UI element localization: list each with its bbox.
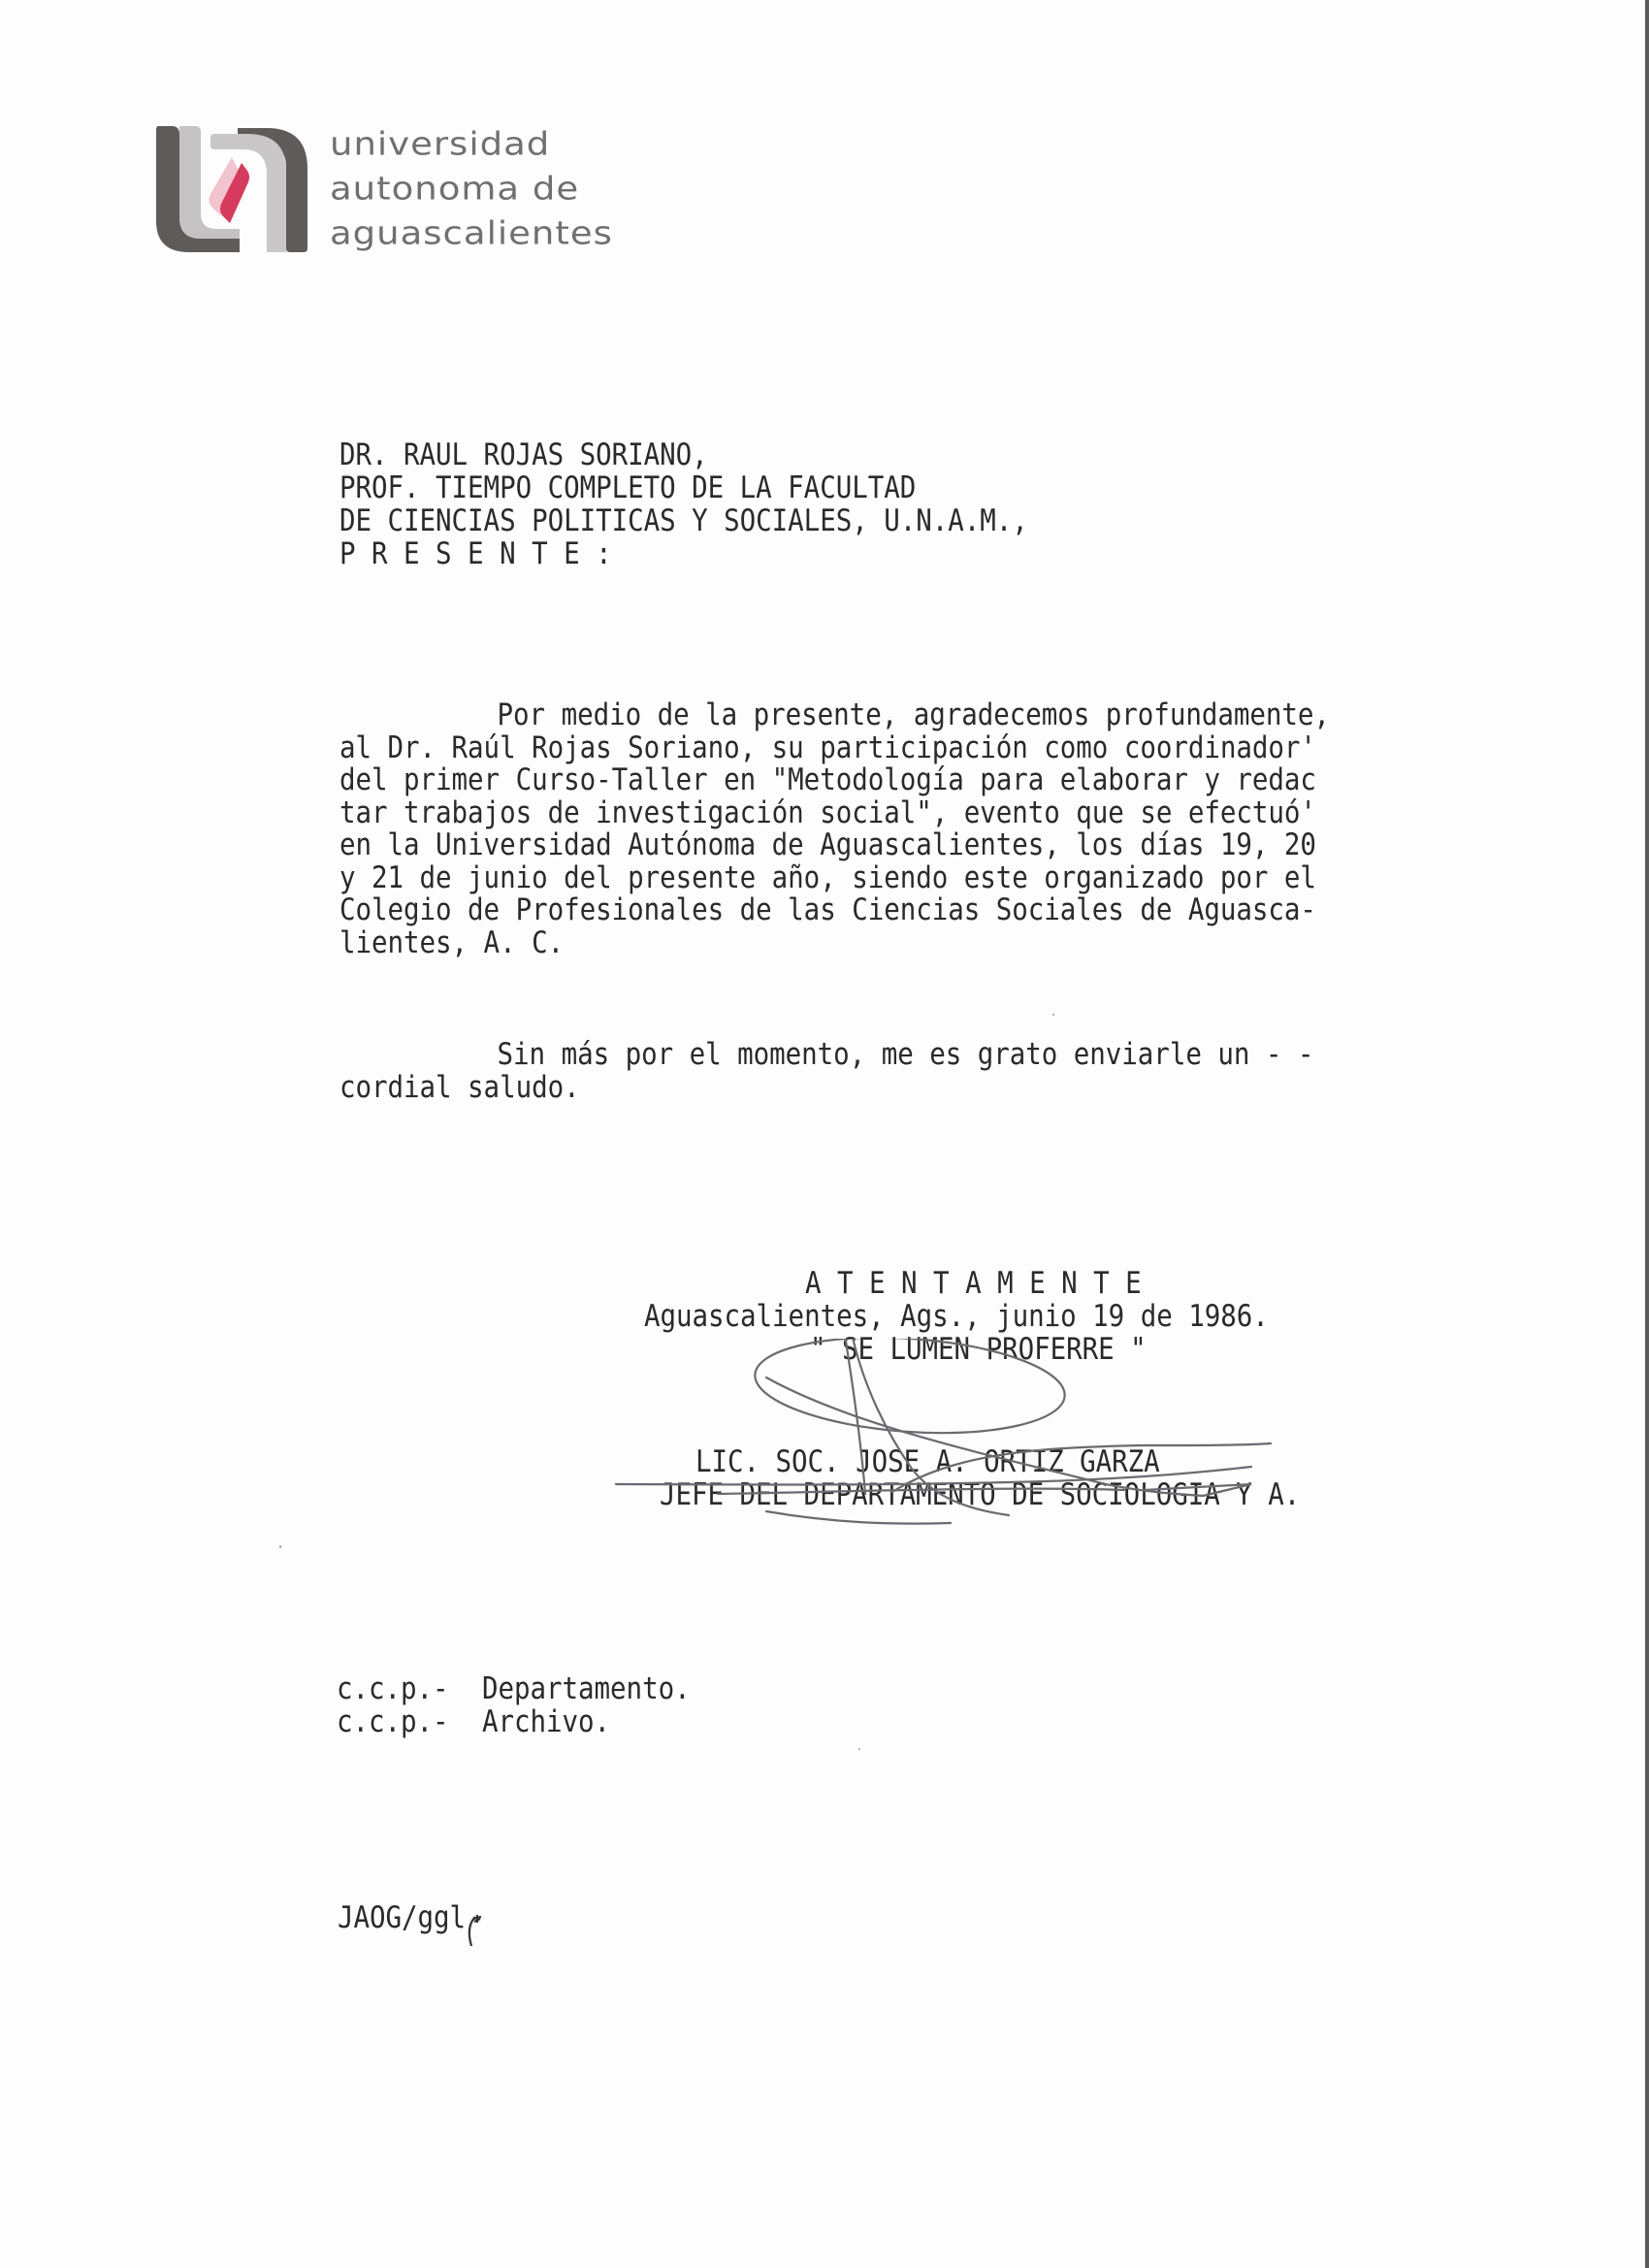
body-line: Sin más por el momento, me es grato envi… bbox=[385, 1036, 1313, 1073]
scan-speck bbox=[279, 1545, 281, 1548]
closing-place-date: Aguascalientes, Ags., junio 19 de 1986. bbox=[644, 1298, 1269, 1335]
scan-edge bbox=[1645, 0, 1649, 2268]
signer-name: LIC. SOC. JOSE A. ORTIZ GARZA bbox=[695, 1443, 1160, 1480]
copy-prefix: c.c.p.- bbox=[337, 1670, 449, 1707]
closing-salutation: A T E N T A M E N T E bbox=[805, 1265, 1142, 1302]
institution-name: UNIVERSIDAD AUTONOMA DE AGUASCALIENTES bbox=[330, 124, 613, 258]
recipient-name: DR. RAUL ROJAS SORIANO, bbox=[339, 437, 708, 473]
copy-recipient: Departamento. bbox=[482, 1670, 691, 1707]
uaa-logo-icon bbox=[150, 120, 311, 256]
institution-name-line: UNIVERSIDAD bbox=[330, 124, 613, 164]
institution-name-line: AUTONOMA DE bbox=[330, 169, 613, 209]
body-line: en la Universidad Autónoma de Aguascalie… bbox=[339, 826, 1316, 863]
signer-title: JEFE DEL DEPARTAMENTO DE SOCIOLOGIA Y A. bbox=[660, 1476, 1300, 1513]
institution-name-line: AGUASCALIENTES bbox=[330, 213, 613, 253]
recipient-presente: P R E S E N T E : bbox=[339, 535, 612, 572]
reference-initials: JAOG/ggl bbox=[338, 1899, 466, 1936]
ink-mark-icon bbox=[466, 1913, 485, 1948]
recipient-position: PROF. TIEMPO COMPLETO DE LA FACULTAD bbox=[339, 470, 916, 506]
body-line: Por medio de la presente, agradecemos pr… bbox=[385, 697, 1330, 733]
recipient-faculty: DE CIENCIAS POLITICAS Y SOCIALES, U.N.A.… bbox=[339, 502, 1028, 539]
body-line: Colegio de Profesionales de las Ciencias… bbox=[339, 891, 1316, 928]
closing-motto: " SE LUMEN PROFERRE " bbox=[810, 1331, 1147, 1368]
copy-prefix: c.c.p.- bbox=[337, 1703, 449, 1740]
scan-speck bbox=[1052, 1014, 1054, 1016]
body-line: del primer Curso-Taller en "Metodología … bbox=[339, 761, 1316, 798]
copy-recipient: Archivo. bbox=[482, 1703, 610, 1740]
body-line: lientes, A. C. bbox=[339, 924, 564, 961]
scan-speck bbox=[858, 1748, 860, 1750]
body-line: cordial saludo. bbox=[339, 1069, 580, 1106]
